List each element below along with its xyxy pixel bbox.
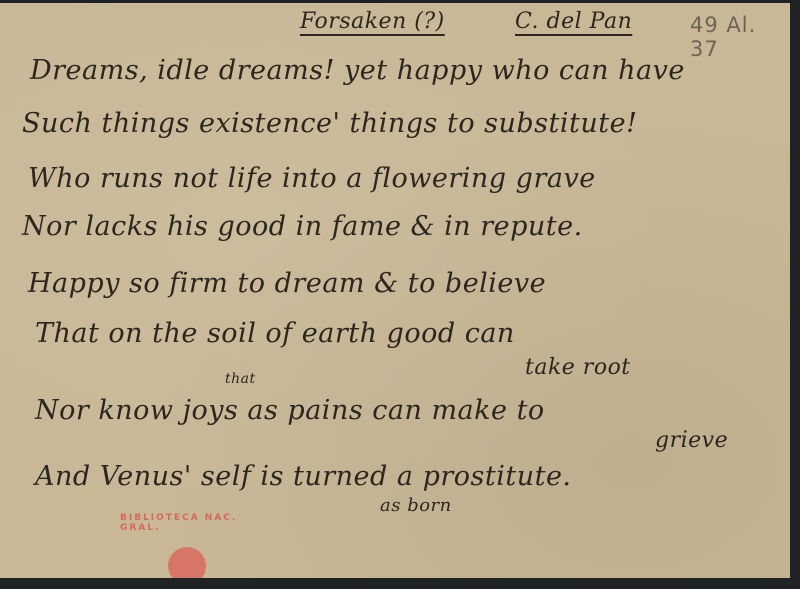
poem-line-7: Nor know joys as pains can make to — [35, 395, 545, 426]
poem-line-3: Who runs not life into a flowering grave — [28, 163, 596, 194]
catalog-reference: 49 Al. 37 — [690, 13, 790, 61]
poem-line-8: And Venus' self is turned a prostitute. — [35, 461, 572, 492]
insertion-as-born: as born — [380, 495, 452, 516]
library-stamp: BIBLIOTECA NAC. GRAL. — [130, 513, 250, 578]
manuscript-page: Forsaken (?) C. del Pan 49 Al. 37 Dreams… — [0, 3, 790, 578]
poem-line-1: Dreams, idle dreams! yet happy who can h… — [30, 55, 685, 86]
stamp-seal-icon — [168, 547, 206, 578]
poem-line-5: Happy so firm to dream & to believe — [28, 268, 546, 299]
poem-line-2: Such things existence' things to substit… — [22, 108, 637, 139]
poem-author: C. del Pan — [515, 9, 632, 34]
insertion-that: that — [225, 371, 256, 387]
poem-title: Forsaken (?) — [300, 9, 445, 34]
stamp-text: BIBLIOTECA NAC. GRAL. — [120, 513, 250, 533]
insertion-grieve: grieve — [655, 428, 728, 453]
poem-line-6: That on the soil of earth good can — [35, 318, 515, 349]
poem-line-4: Nor lacks his good in fame & in repute. — [22, 211, 583, 242]
insertion-take-root: take root — [525, 355, 631, 380]
